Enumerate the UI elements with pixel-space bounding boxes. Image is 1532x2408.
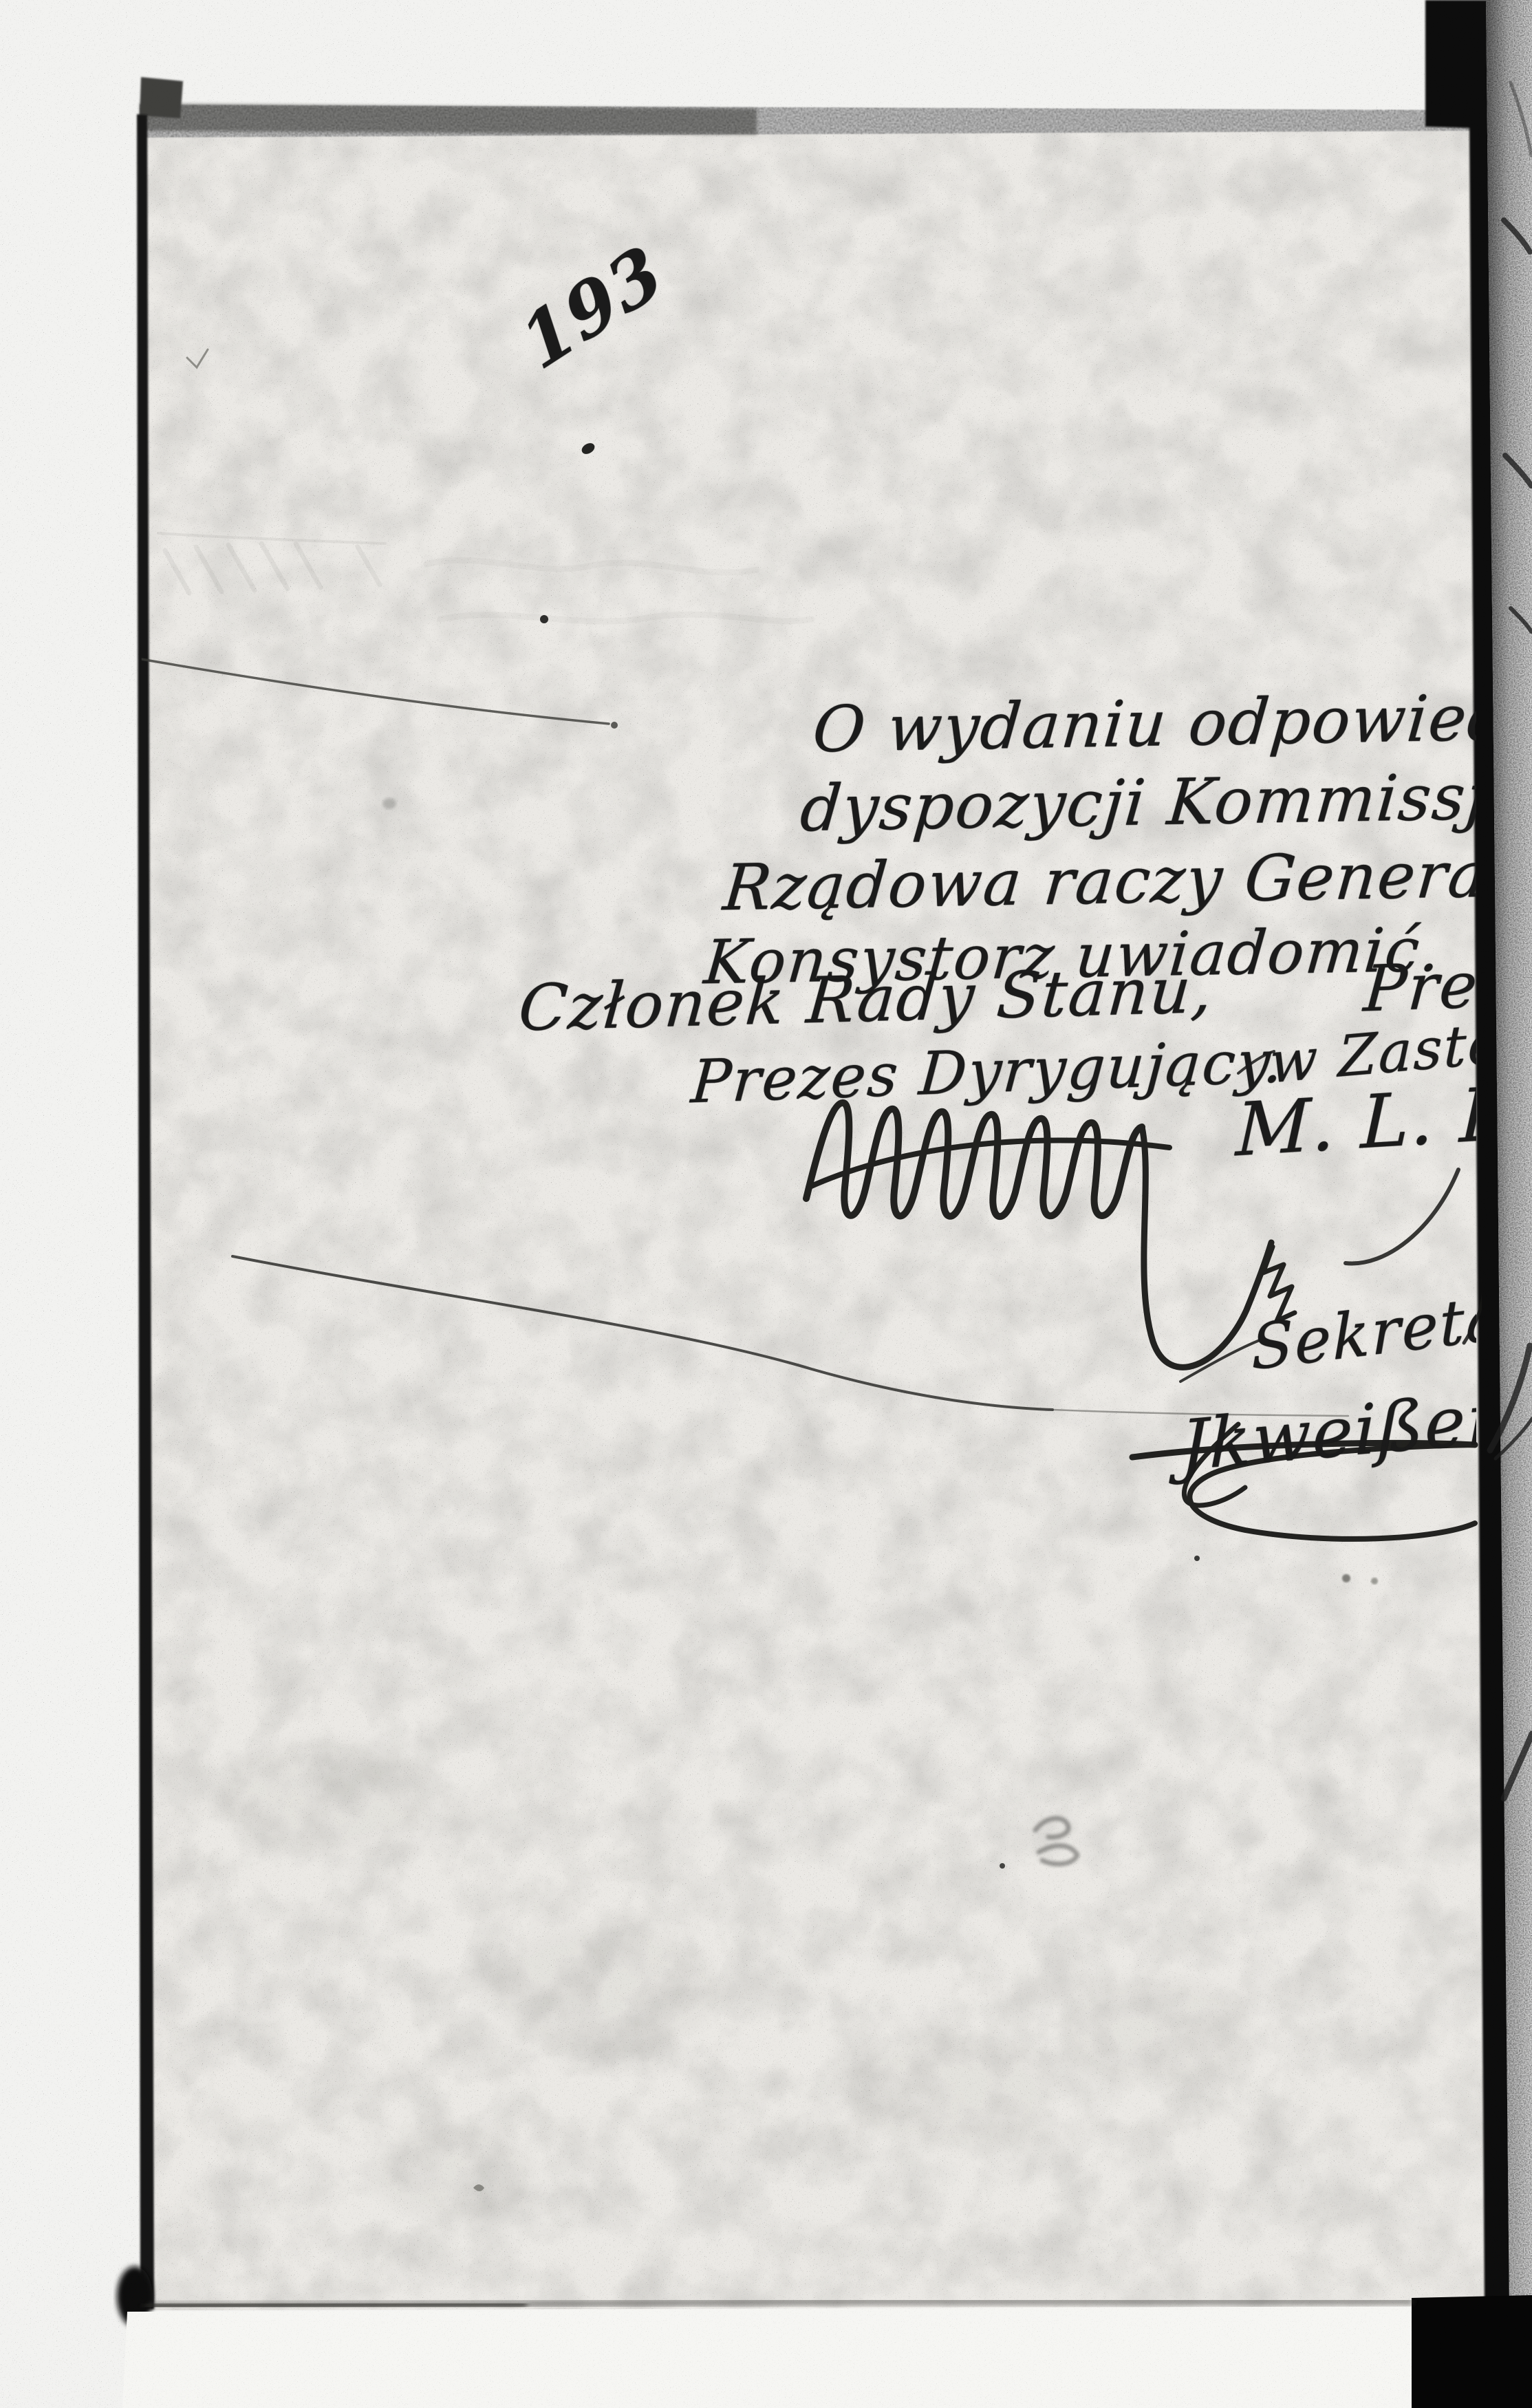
underlying-sheet <box>122 2306 1412 2408</box>
role-member-of-state-council: Członek Rady Stanu, <box>517 959 1216 1041</box>
body-line-2: dyspozycji Kommissja <box>798 765 1476 841</box>
page-content: 193 O wydaniu odpowiedniej dyspozycji Ko… <box>0 0 1476 2306</box>
page-number: 193 <box>510 234 674 380</box>
role-president: Prezes <box>1362 950 1476 1022</box>
role-directing-president: Prezes Dyrygujący. <box>689 1032 1286 1112</box>
bottom-right-shadow <box>1412 2295 1532 2408</box>
body-line-1: O wydaniu odpowiedniej <box>810 684 1476 762</box>
body-line-3: Rządowa raczy Generalny <box>721 841 1476 920</box>
secretary-title: Sekretarz <box>1251 1278 1476 1379</box>
scanned-archival-document: 193 O wydaniu odpowiedniej dyspozycji Ko… <box>0 0 1532 2408</box>
signature-secretary: Jkweißen <box>1180 1383 1476 1481</box>
